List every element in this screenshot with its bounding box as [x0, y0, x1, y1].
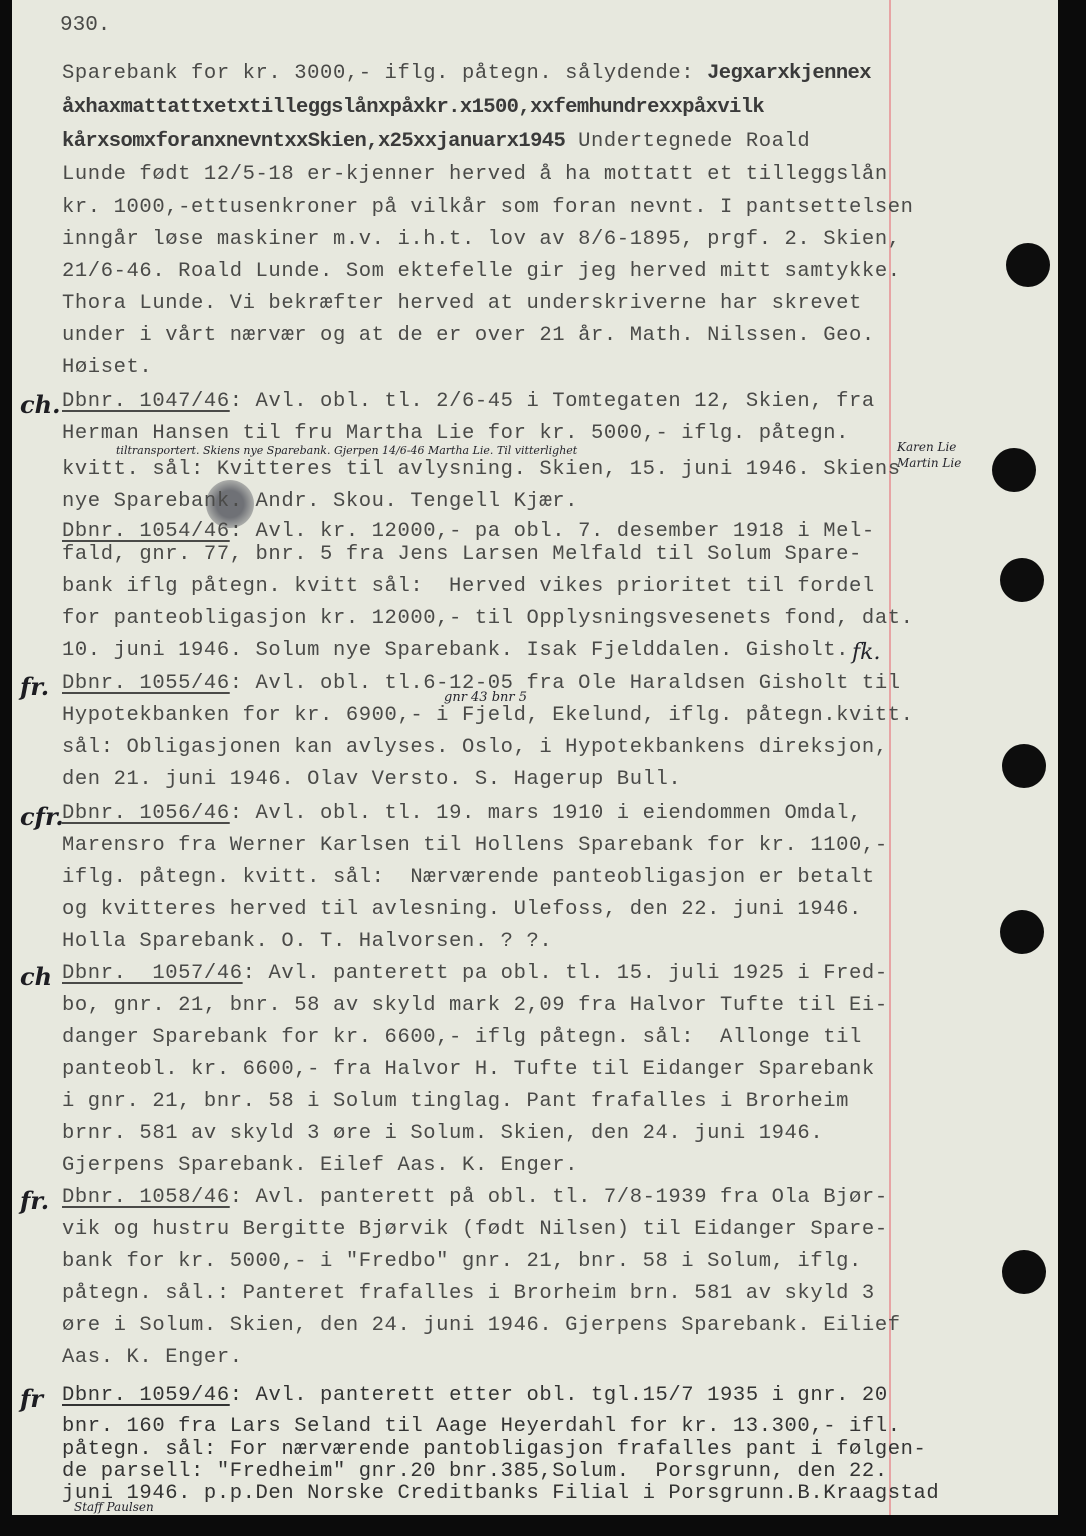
text-line: den 21. juni 1946. Olav Versto. S. Hager…	[62, 768, 681, 792]
text-line: Thora Lunde. Vi bekræfter herved at unde…	[62, 292, 862, 316]
text-line: for panteobligasjon kr. 12000,- til Oppl…	[62, 607, 914, 631]
entry-heading-line: Dbnr. 1059/46: Avl. panterett etter obl.…	[62, 1384, 888, 1408]
entry-number: Dbnr. 1056/46	[62, 802, 230, 825]
text-line: påtegn. sål.: Panteret frafalles i Brorh…	[62, 1282, 875, 1306]
struck-text: Jegxarxkjennex	[707, 62, 871, 85]
margin-initials: fr.	[20, 1186, 49, 1215]
text-line: vik og hustru Bergitte Bjørvik (født Nil…	[62, 1218, 888, 1242]
entry-number: Dbnr. 1054/46	[62, 520, 230, 543]
text-line: Sparebank for kr. 3000,- iflg. påtegn. s…	[62, 62, 871, 86]
punch-hole	[1000, 910, 1044, 954]
text-line: påtegn. sål: For nærværende pantobligasj…	[62, 1438, 926, 1462]
page-number: 930.	[60, 14, 110, 37]
punch-hole	[1000, 558, 1044, 602]
entry-number: Dbnr. 1047/46	[62, 390, 230, 413]
punch-hole	[992, 448, 1036, 492]
entry-heading-line: Dbnr. 1047/46: Avl. obl. tl. 2/6-45 i To…	[62, 390, 875, 414]
entry-heading-line: Dbnr. 1058/46: Avl. panterett på obl. tl…	[62, 1186, 888, 1210]
struck-text: åxhaxmattattxetxtilleggslånxpåxkr.x1500,…	[62, 96, 764, 119]
text-line: Herman Hansen til fru Martha Lie for kr.…	[62, 422, 849, 446]
text-line: de parsell: "Fredheim" gnr.20 bnr.385,So…	[62, 1460, 888, 1484]
text-line: danger Sparebank for kr. 6600,- iflg påt…	[62, 1026, 862, 1050]
text-line: inngår løse maskiner m.v. i.h.t. lov av …	[62, 228, 901, 252]
text-line: 21/6-46. Roald Lunde. Som ektefelle gir …	[62, 260, 901, 284]
text-line: nye Sparebank. Andr. Skou. Tengell Kjær.	[62, 490, 578, 514]
entry-number: Dbnr. 1058/46	[62, 1186, 230, 1209]
text-line: kårxsomxforanxnevntxxSkien,x25xxjanuarx1…	[62, 130, 810, 154]
text-line: Hypotekbanken for kr. 6900,- i Fjeld, Ek…	[62, 704, 914, 728]
margin-handwriting: Martin Lie	[897, 456, 961, 470]
margin-initials: fr	[20, 1384, 43, 1413]
text-line: Lunde født 12/5-18 er-kjenner herved å h…	[62, 163, 888, 187]
text-line: 10. juni 1946. Solum nye Sparebank. Isak…	[62, 639, 849, 663]
entry-number: Dbnr. 1057/46	[62, 962, 243, 985]
text-line: fald, gnr. 77, bnr. 5 fra Jens Larsen Me…	[62, 543, 862, 567]
margin-initials: ch.	[20, 390, 60, 419]
text-line: bo, gnr. 21, bnr. 58 av skyld mark 2,09 …	[62, 994, 888, 1018]
text-line: bank for kr. 5000,- i "Fredbo" gnr. 21, …	[62, 1250, 862, 1274]
text-line: iflg. påtegn. kvitt. sål: Nærværende pan…	[62, 866, 875, 890]
text-line: Høiset.	[62, 356, 152, 380]
entry-number: Dbnr. 1055/46	[62, 672, 230, 695]
handwritten-signature: Staff Paulsen	[74, 1500, 154, 1514]
entry-heading-line: Dbnr. 1054/46: Avl. kr. 12000,- pa obl. …	[62, 520, 875, 544]
text-line: sål: Obligasjonen kan avlyses. Oslo, i H…	[62, 736, 888, 760]
text-line: Holla Sparebank. O. T. Halvorsen. ? ?.	[62, 930, 552, 954]
entry-number: Dbnr. 1059/46	[62, 1384, 230, 1407]
punch-hole	[1002, 744, 1046, 788]
margin-handwriting: Karen Lie	[897, 440, 956, 454]
entry-heading-line: Dbnr. 1056/46: Avl. obl. tl. 19. mars 19…	[62, 802, 862, 826]
text-line: Marensro fra Werner Karlsen til Hollens …	[62, 834, 888, 858]
document-page: 930. Sparebank for kr. 3000,- iflg. påte…	[12, 0, 1058, 1515]
margin-initials: cfr.	[20, 802, 64, 831]
text-line: åxhaxmattattxetxtilleggslånxpåxkr.x1500,…	[62, 96, 764, 120]
text-line: i gnr. 21, bnr. 58 i Solum tinglag. Pant…	[62, 1090, 849, 1114]
handwritten-initials: fk.	[852, 640, 880, 665]
text-line: øre i Solum. Skien, den 24. juni 1946. G…	[62, 1314, 901, 1338]
text-line: brnr. 581 av skyld 3 øre i Solum. Skien,…	[62, 1122, 823, 1146]
text-line: bank iflg påtegn. kvitt sål: Herved vike…	[62, 575, 875, 599]
text-line: juni 1946. p.p.Den Norske Creditbanks Fi…	[62, 1482, 939, 1506]
text-line: kvitt. sål: Kvitteres til avlysning. Ski…	[62, 458, 901, 482]
text-line: under i vårt nærvær og at de er over 21 …	[62, 324, 875, 348]
entry-heading-line: Dbnr. 1057/46: Avl. panterett pa obl. tl…	[62, 962, 888, 986]
punch-hole	[1006, 243, 1050, 287]
text-line: bnr. 160 fra Lars Seland til Aage Heyerd…	[62, 1415, 901, 1439]
text-line: Aas. K. Enger.	[62, 1346, 243, 1370]
punch-hole	[1002, 1250, 1046, 1294]
margin-initials: fr.	[20, 672, 49, 701]
text-line: panteobl. kr. 6600,- fra Halvor H. Tufte…	[62, 1058, 875, 1082]
text-line: Gjerpens Sparebank. Eilef Aas. K. Enger.	[62, 1154, 578, 1178]
text-line: og kvitteres herved til avlesning. Ulefo…	[62, 898, 862, 922]
handwritten-annotation: tiltransportert. Skiens nye Sparebank. G…	[116, 444, 577, 457]
handwritten-annotation: gnr 43 bnr 5	[444, 690, 527, 705]
struck-text: kårxsomxforanxnevntxxSkien,x25xxjanuarx1…	[62, 130, 565, 153]
text-line: kr. 1000,-ettusenkroner på vilkår som fo…	[62, 196, 914, 220]
margin-initials: ch	[20, 962, 52, 991]
